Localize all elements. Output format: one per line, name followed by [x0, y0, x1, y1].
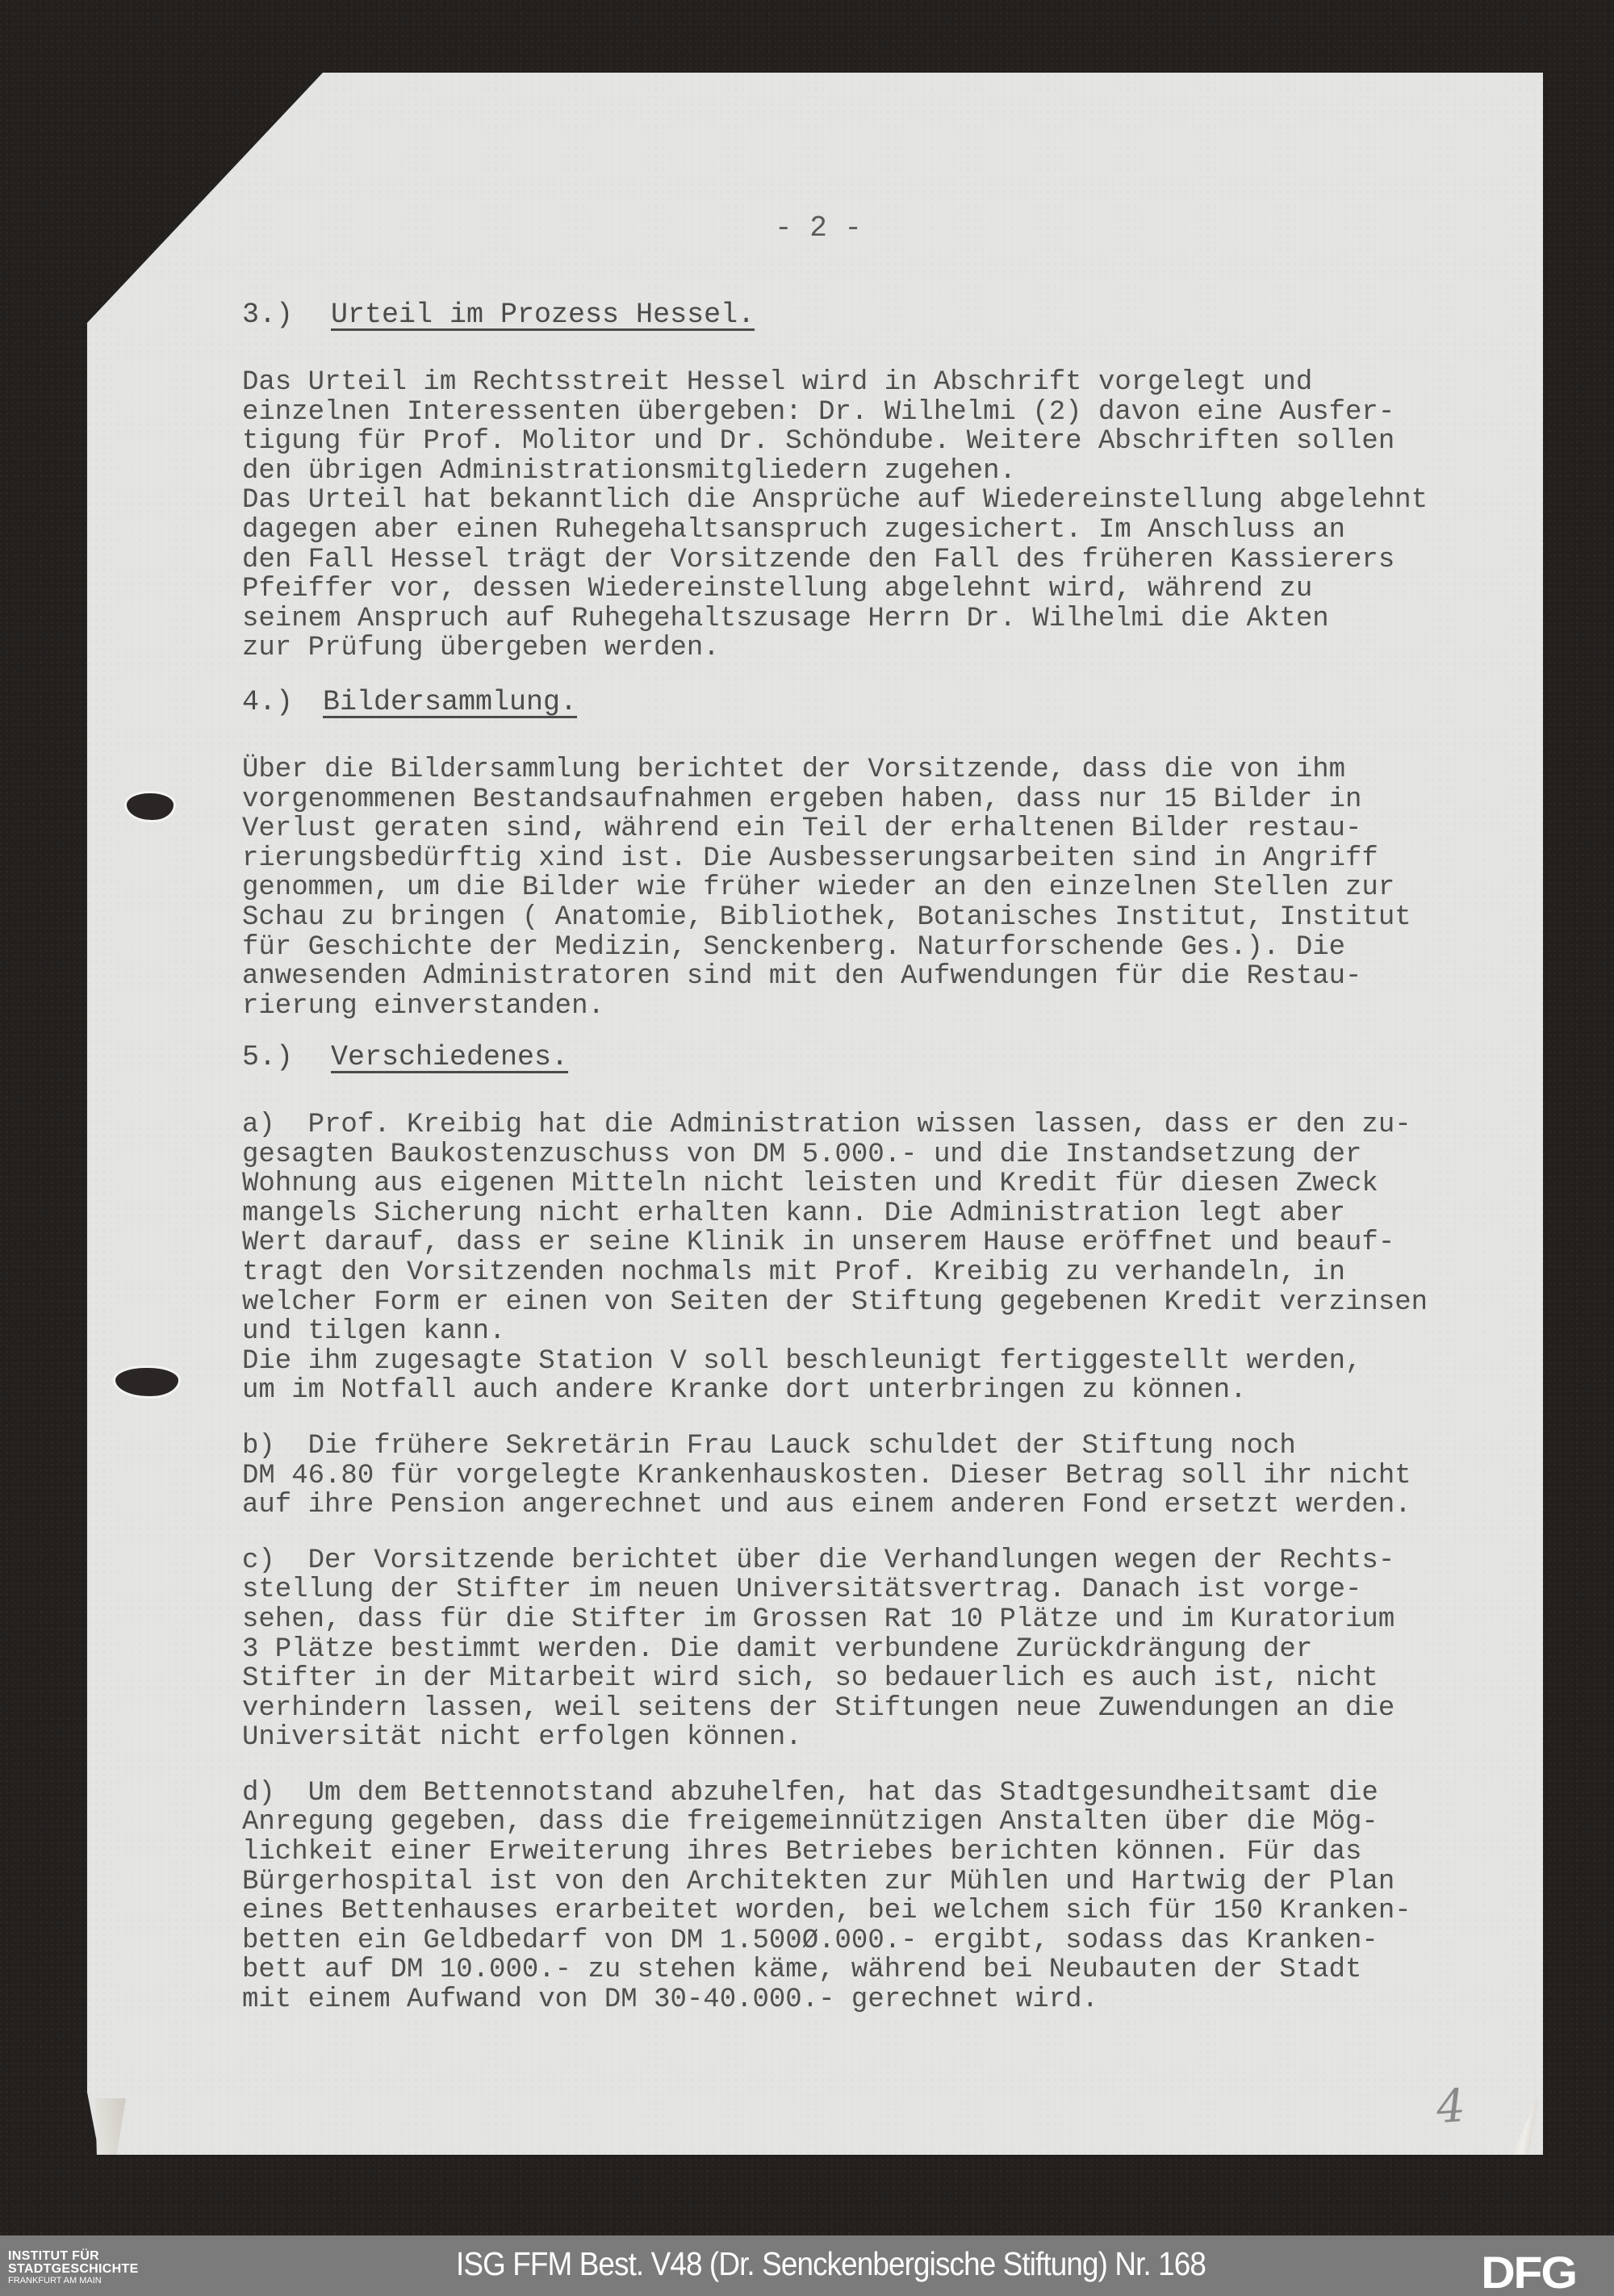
institution-name-line1: INSTITUT FÜR [8, 2250, 139, 2263]
archive-footer-bar: INSTITUT FÜR STADTGESCHICHTE FRANKFURT A… [0, 2235, 1614, 2296]
text-line: auf ihre Pension angerechnet und aus ein… [242, 1491, 1428, 1520]
text-line: Wert darauf, dass er seine Klinik in uns… [242, 1228, 1428, 1258]
section-title: Urteil im Prozess Hessel. [331, 299, 755, 331]
text-line: DM 46.80 für vorgelegte Krankenhauskoste… [242, 1462, 1428, 1491]
paragraph: Über die Bildersammlung berichtet der Vo… [242, 755, 1411, 1021]
text-line: anwesenden Administratoren sind mit den … [242, 962, 1411, 992]
institution-name-line2: STADTGESCHICHTE [8, 2263, 139, 2276]
text-line: Anregung gegeben, dass die freigemeinnüt… [242, 1808, 1428, 1838]
page-number: - 2 - [775, 211, 862, 245]
text-line: mit einem Aufwand von DM 30-40.000.- ger… [242, 1985, 1428, 2015]
paragraph: Das Urteil im Rechtsstreit Hessel wird i… [242, 368, 1428, 663]
text-line: eines Bettenhauses erarbeitet worden, be… [242, 1897, 1428, 1926]
section-bildersammlung: 4.) Bildersammlung. Über die Bildersamml… [242, 686, 1411, 1021]
text-line: bett auf DM 10.000.- zu stehen käme, wäh… [242, 1955, 1428, 1985]
text-line: einzelnen Interessenten übergeben: Dr. W… [242, 398, 1428, 428]
paragraph-item-a: a) Prof. Kreibig hat die Administration … [242, 1110, 1428, 1406]
text-line: rierungsbedürftig xind ist. Die Ausbesse… [242, 844, 1411, 874]
institution-logo: INSTITUT FÜR STADTGESCHICHTE FRANKFURT A… [8, 2250, 139, 2286]
paragraph-item-d: d) Um dem Bettennotstand abzuhelfen, hat… [242, 1779, 1428, 2015]
section-heading: 5.) Verschiedenes. [242, 1041, 1428, 1073]
text-line: 3 Plätze bestimmt werden. Die damit verb… [242, 1635, 1428, 1665]
text-line: Universität nicht erfolgen können. [242, 1723, 1428, 1753]
text-line: Das Urteil im Rechtsstreit Hessel wird i… [242, 368, 1428, 398]
section-title: Verschiedenes. [331, 1041, 568, 1073]
text-line: mangels Sicherung nicht erhalten kann. D… [242, 1199, 1428, 1229]
text-line: seinem Anspruch auf Ruhegehaltszusage He… [242, 604, 1428, 634]
text-line: den Fall Hessel trägt der Vorsitzende de… [242, 546, 1428, 575]
text-line: b) Die frühere Sekretärin Frau Lauck sch… [242, 1432, 1428, 1462]
text-line: Verlust geraten sind, während ein Teil d… [242, 814, 1411, 844]
text-line: Die ihm zugesagte Station V soll beschle… [242, 1347, 1428, 1377]
text-line: Schau zu bringen ( Anatomie, Bibliothek,… [242, 903, 1411, 933]
text-line: welcher Form er einen von Seiten der Sti… [242, 1288, 1428, 1318]
section-number: 4.) [242, 686, 323, 718]
text-line: tragt den Vorsitzenden nochmals mit Prof… [242, 1258, 1428, 1288]
text-line: lichkeit einer Erweiterung ihres Betrieb… [242, 1838, 1428, 1867]
archive-signature: ISG FFM Best. V48 (Dr. Senckenbergische … [456, 2245, 1206, 2283]
institution-city: FRANKFURT AM MAIN [8, 2277, 139, 2286]
text-line: d) Um dem Bettennotstand abzuhelfen, hat… [242, 1779, 1428, 1809]
paragraph-item-c: c) Der Vorsitzende berichtet über die Ve… [242, 1546, 1428, 1753]
dfg-logo: DFG [1481, 2252, 1576, 2294]
text-line: und tilgen kann. [242, 1317, 1428, 1347]
text-line: Bürgerhospital ist von den Architekten z… [242, 1867, 1428, 1897]
section-heading: 3.) Urteil im Prozess Hessel. [242, 299, 1428, 331]
text-line: tigung für Prof. Molitor und Dr. Schöndu… [242, 427, 1428, 457]
text-line: dagegen aber einen Ruhegehaltsanspruch z… [242, 516, 1428, 546]
text-line: Das Urteil hat bekanntlich die Ansprüche… [242, 486, 1428, 516]
section-verschiedenes: 5.) Verschiedenes. a) Prof. Kreibig hat … [242, 1041, 1428, 2015]
text-line: vorgenommenen Bestandsaufnahmen ergeben … [242, 785, 1411, 815]
section-number: 3.) [242, 299, 331, 331]
text-line: für Geschichte der Medizin, Senckenberg.… [242, 933, 1411, 963]
text-line: rierung einverstanden. [242, 992, 1411, 1022]
section-urteil: 3.) Urteil im Prozess Hessel. Das Urteil… [242, 299, 1428, 663]
paragraph-item-b: b) Die frühere Sekretärin Frau Lauck sch… [242, 1432, 1428, 1520]
text-line: c) Der Vorsitzende berichtet über die Ve… [242, 1546, 1428, 1576]
section-number: 5.) [242, 1041, 331, 1073]
text-line: den übrigen Administrationsmitgliedern z… [242, 457, 1428, 487]
text-line: sehen, dass für die Stifter im Grossen R… [242, 1605, 1428, 1635]
text-line: Pfeiffer vor, dessen Wiedereinstellung a… [242, 575, 1428, 604]
handwritten-folio-number: 4 [1435, 2080, 1467, 2134]
section-title: Bildersammlung. [323, 686, 577, 718]
text-line: zur Prüfung übergeben werden. [242, 634, 1428, 663]
text-line: verhindern lassen, weil seitens der Stif… [242, 1694, 1428, 1724]
text-line: Wohnung aus eigenen Mitteln nicht leiste… [242, 1169, 1428, 1199]
text-line: genommen, um die Bilder wie früher wiede… [242, 873, 1411, 903]
text-line: betten ein Geldbedarf von DM 1.500Ø.000.… [242, 1926, 1428, 1956]
section-heading: 4.) Bildersammlung. [242, 686, 1411, 718]
text-line: Über die Bildersammlung berichtet der Vo… [242, 755, 1411, 785]
text-line: a) Prof. Kreibig hat die Administration … [242, 1110, 1428, 1140]
text-line: stellung der Stifter im neuen Universitä… [242, 1575, 1428, 1605]
text-line: Stifter in der Mitarbeit wird sich, so b… [242, 1664, 1428, 1694]
text-line: gesagten Baukostenzuschuss von DM 5.000.… [242, 1140, 1428, 1170]
text-line: um im Notfall auch andere Kranke dort un… [242, 1376, 1428, 1406]
